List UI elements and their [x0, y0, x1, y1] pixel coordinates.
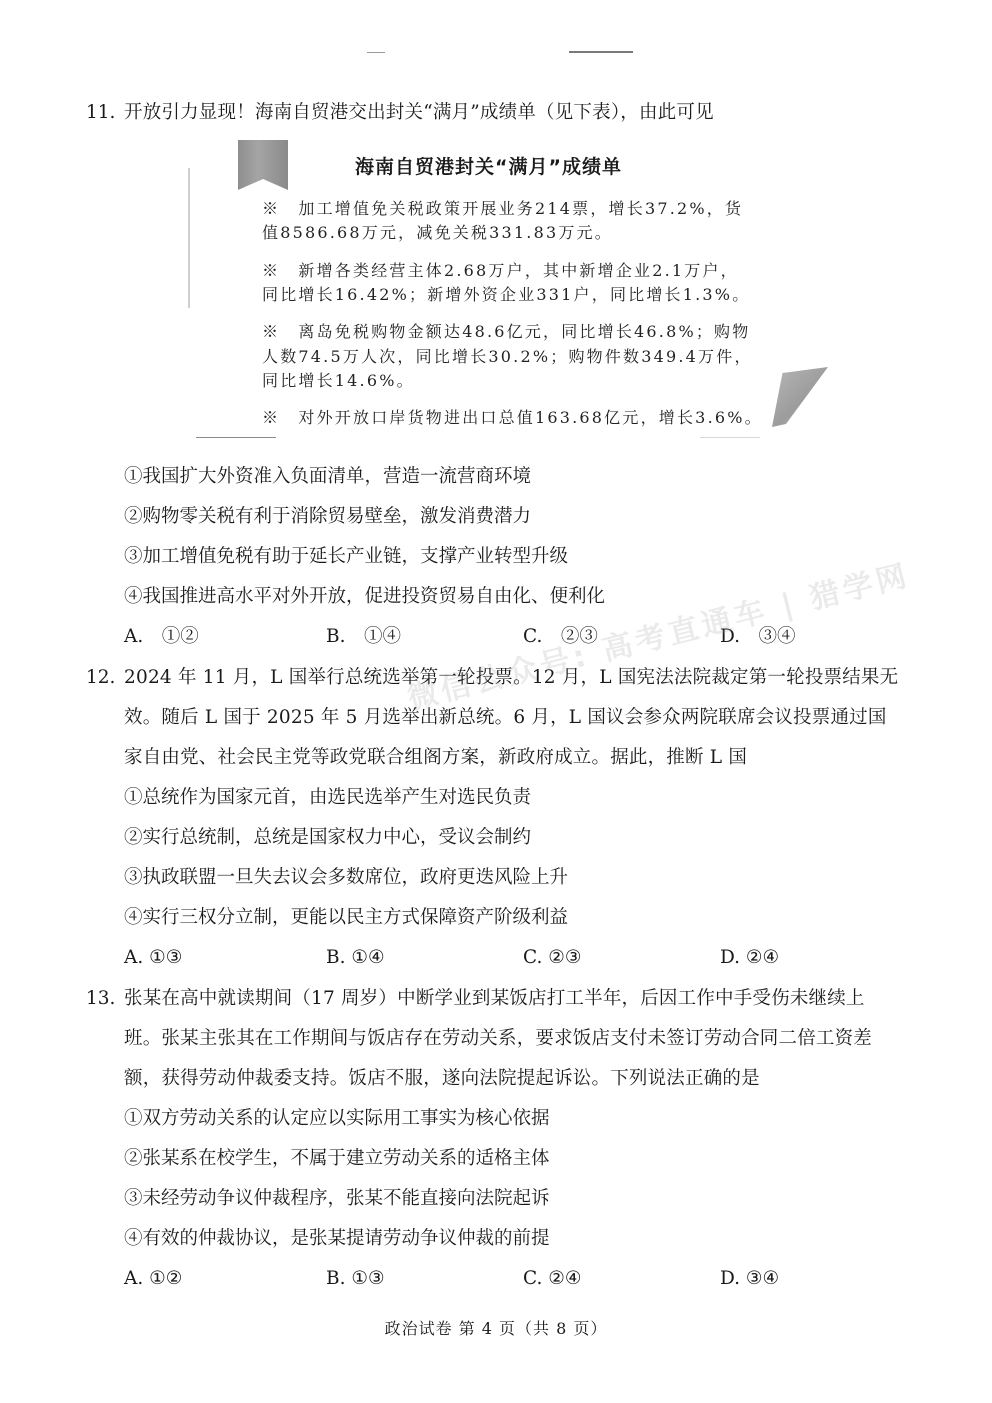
statement-option: ①双方劳动关系的认定应以实际用工事实为核心依据	[124, 1107, 550, 1131]
table-item-line: 同比增长14.6%。	[262, 370, 415, 392]
card-border	[188, 168, 190, 308]
card-bottom-edge	[196, 437, 276, 438]
answer-choice-d[interactable]: D. ③④	[720, 625, 796, 649]
table-title: 海南自贸港封关“满月”成绩单	[355, 152, 622, 179]
answer-choice-b[interactable]: B. ①④	[326, 946, 385, 970]
statement-option: ④有效的仲裁协议，是张某提请劳动争议仲裁的前提	[124, 1227, 550, 1251]
question-number: 13.	[86, 987, 115, 1011]
question-number: 12.	[86, 666, 115, 690]
watermark: 微信公众号: 高考直通车 | 猎学网	[402, 550, 914, 718]
header-rule-right	[569, 51, 633, 53]
answer-choice-c[interactable]: C. ②④	[523, 1267, 581, 1291]
table-item-line: ※ 新增各类经营主体2.68万户，其中新增企业2.1万户，	[262, 260, 739, 282]
table-item-line: ※ 加工增值免关税政策开展业务214票，增长37.2%，货	[262, 198, 743, 220]
question-number: 11.	[86, 101, 115, 125]
answer-choice-b[interactable]: B. ①④	[326, 625, 401, 649]
statement-option: ③执政联盟一旦失去议会多数席位，政府更迭风险上升	[124, 866, 568, 890]
statement-option: ①总统作为国家元首，由选民选举产生对选民负责	[124, 786, 531, 810]
answer-choice-c[interactable]: C. ②③	[523, 625, 598, 649]
table-item-line: ※ 对外开放口岸货物进出口总值163.68亿元，增长3.6%。	[262, 407, 763, 429]
statement-option: ③加工增值免税有助于延长产业链，支撑产业转型升级	[124, 545, 568, 569]
answer-choice-a[interactable]: A. ①②	[124, 625, 199, 649]
card-bottom-edge	[700, 437, 760, 438]
question-stem-line: 班。张某主张其在工作期间与饭店存在劳动关系，要求饭店支付未签订劳动合同二倍工资差	[124, 1027, 872, 1051]
statement-option: ④我国推进高水平对外开放，促进投资贸易自由化、便利化	[124, 585, 605, 609]
question-stem-line: 额，获得劳动仲裁委支持。饭店不服，遂向法院提起诉讼。下列说法正确的是	[124, 1067, 760, 1091]
answer-choice-a[interactable]: A. ①③	[124, 946, 182, 970]
statement-option: ③未经劳动争议仲裁程序，张某不能直接向法院起诉	[124, 1187, 550, 1211]
statement-option: ①我国扩大外资准入负面清单，营造一流营商环境	[124, 465, 531, 489]
statement-option: ④实行三权分立制，更能以民主方式保障资产阶级利益	[124, 906, 568, 930]
question-stem-line: 2024 年 11 月，L 国举行总统选举第一轮投票。12 月，L 国宪法法院裁…	[124, 666, 898, 690]
header-rule-left	[367, 52, 385, 53]
question-stem-line: 张某在高中就读期间（17 周岁）中断学业到某饭店打工半年，后因工作中手受伤未继续…	[124, 987, 865, 1011]
page-footer: 政治试卷 第 4 页（共 8 页）	[0, 1316, 992, 1339]
table-item-line: 同比增长16.42%；新增外资企业331户，同比增长1.3%。	[262, 284, 750, 306]
question-stem: 开放引力显现！海南自贸港交出封关“满月”成绩单（见下表），由此可见	[124, 101, 714, 125]
answer-choice-c[interactable]: C. ②③	[523, 946, 581, 970]
table-item-line: 值8586.68万元，减免关税331.83万元。	[262, 222, 613, 244]
page-curl-icon	[758, 367, 828, 427]
question-stem-line: 效。随后 L 国于 2025 年 5 月选举出新总统。6 月，L 国议会参众两院…	[124, 706, 887, 730]
bookmark-ribbon-icon	[238, 140, 288, 190]
answer-choice-a[interactable]: A. ①②	[124, 1267, 182, 1291]
answer-choice-b[interactable]: B. ①③	[326, 1267, 385, 1291]
statement-option: ②实行总统制，总统是国家权力中心，受议会制约	[124, 826, 531, 850]
table-item-line: 人数74.5万人次，同比增长30.2%；购物件数349.4万件，	[262, 346, 753, 368]
table-item-line: ※ 离岛免税购物金额达48.6亿元，同比增长46.8%；购物	[262, 321, 750, 343]
answer-choice-d[interactable]: D. ②④	[720, 946, 779, 970]
answer-choice-d[interactable]: D. ③④	[720, 1267, 779, 1291]
question-stem-line: 家自由党、社会民主党等政党联合组阁方案，新政府成立。据此，推断 L 国	[124, 746, 747, 770]
statement-option: ②张某系在校学生，不属于建立劳动关系的适格主体	[124, 1147, 550, 1171]
statement-option: ②购物零关税有利于消除贸易壁垒，激发消费潜力	[124, 505, 531, 529]
